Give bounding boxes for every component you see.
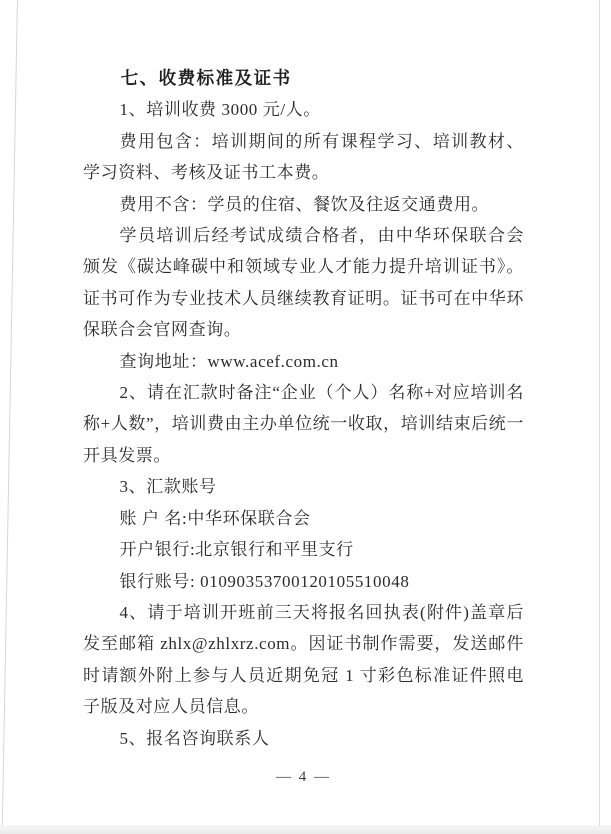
paragraph-fee-includes: 费用包含：培训期间的所有课程学习、培训教材、学习资料、考核及证书工本费。 [83,126,524,189]
paragraph-contact-heading: 5、报名咨询联系人 [83,723,524,754]
paragraph-bank-name: 开户银行:北京银行和平里支行 [83,534,524,565]
paragraph-certificate-info: 学员培训后经考试成绩合格者，由中华环保联合会颁发《碳达峰碳中和领域专业人才能力提… [83,220,524,346]
paragraph-account-name: 账 户 名:中华环保联合会 [83,503,524,534]
paragraph-remittance-account-heading: 3、汇款账号 [83,471,524,502]
paragraph-registration-return: 4、请于培训开班前三天将报名回执表(附件)盖章后发至邮箱 zhlx@zhlxrz… [83,597,524,723]
paragraph-query-address: 查询地址：www.acef.com.cn [83,346,524,377]
section-heading: 七、收费标准及证书 [83,63,524,94]
document-body: 七、收费标准及证书 1、培训收费 3000 元/人。 费用包含：培训期间的所有课… [83,63,524,754]
paragraph-training-fee: 1、培训收费 3000 元/人。 [83,94,524,125]
paragraph-bank-account-number: 银行账号: 01090353700120105510048 [83,566,524,597]
page-edge-bottom-band [0,826,611,834]
page-edge-right-line [599,0,600,834]
page-number: — 4 — [83,769,524,786]
page-edge-left-line [2,0,18,834]
paragraph-fee-excludes: 费用不含：学员的住宿、餐饮及往返交通费用。 [83,189,524,220]
scanned-document-page: { "document": { "section_heading": "七、收费… [0,0,611,834]
paragraph-remittance-note: 2、请在汇款时备注“企业（个人）名称+对应培训名称+人数”，培训费由主办单位统一… [83,377,524,471]
